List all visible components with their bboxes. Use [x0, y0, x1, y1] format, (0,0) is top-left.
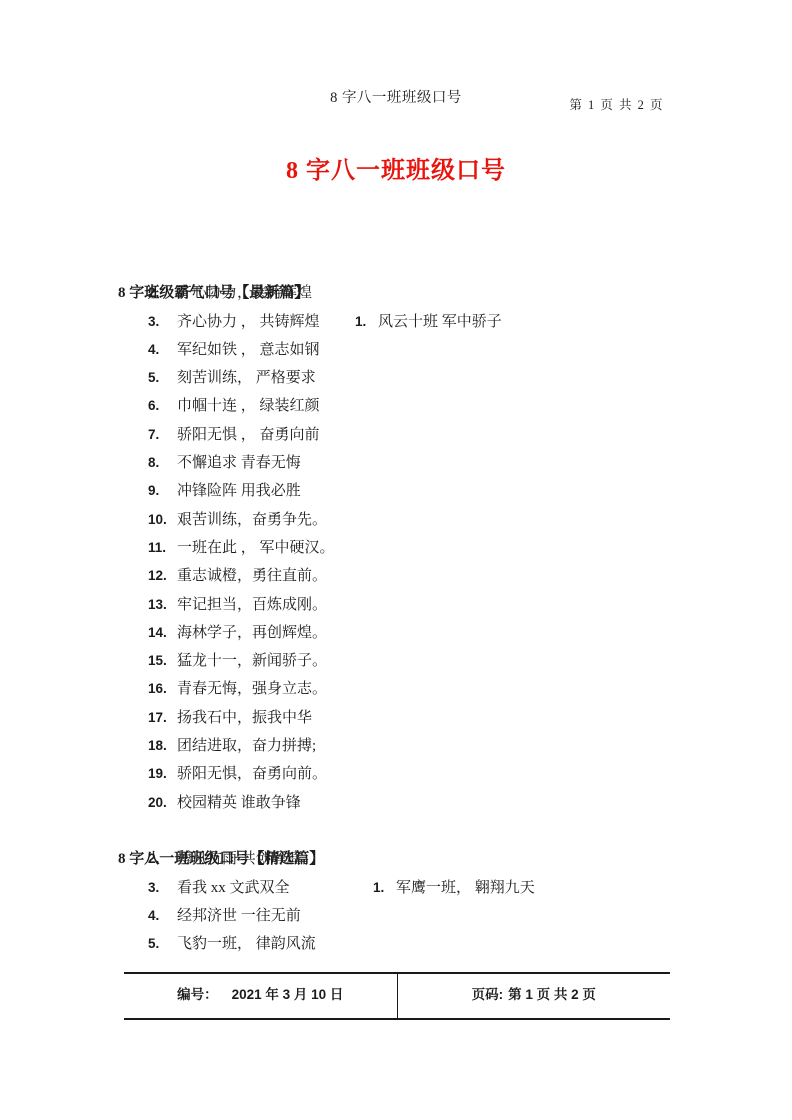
list-item: 15.猛龙十一，新闻骄子。	[0, 647, 792, 675]
item-number: 12.	[148, 562, 177, 590]
item-number: 4.	[148, 902, 177, 930]
item-number: 15.	[148, 647, 177, 675]
list-item: 4.军纪如铁 ， 意志如钢	[0, 336, 792, 364]
item-text: 青春无悔，强身立志。	[177, 681, 327, 697]
item-text: 一班在此 ， 军中硬汉。	[177, 540, 335, 556]
item-text: 扬我石中，振我中华	[177, 710, 312, 726]
item-text: 看我 xx 文武双全	[177, 880, 290, 896]
footer-number-cell: 编号：2021 年 3 月 10 日	[124, 974, 398, 1018]
item-text: 经邦济世 一往无前	[177, 908, 301, 924]
footer-number-label: 编号：	[177, 987, 218, 1002]
item-text: 冲锋险阵 用我必胜	[177, 483, 301, 499]
footer-date-value: 2021 年 3 月 10 日	[232, 987, 344, 1002]
item-number: 6.	[148, 392, 177, 420]
item-number: 3.	[148, 308, 177, 336]
list-item: 8.不懈追求 青春无悔	[0, 449, 792, 477]
item-number: 14.	[148, 619, 177, 647]
list-item: 3.齐心协力 ， 共铸辉煌	[0, 308, 792, 336]
list-item: 12.重志诚橙，勇往直前。	[0, 562, 792, 590]
item-text: 巾帼十连 ， 绿装红颜	[177, 398, 320, 414]
list-item: 3.看我 xx 文武双全	[0, 874, 792, 902]
item-number: 17.	[148, 704, 177, 732]
document-title: 8 字八一班班级口号	[0, 150, 792, 185]
item-number: 20.	[148, 789, 177, 817]
list-item: 5.飞豹一班， 律韵风流	[0, 930, 792, 958]
item-text: 齐心协力 ， 共铸辉煌	[177, 314, 320, 330]
item-text: 骄阳无惧 ， 奋勇向前	[177, 427, 320, 443]
item-text: 猛龙十一，新闻骄子。	[177, 653, 327, 669]
list-item: 16.青春无悔，强身立志。	[0, 675, 792, 703]
list-item: 9.冲锋险阵 用我必胜	[0, 477, 792, 505]
item-number: 5.	[148, 930, 177, 958]
item-number: 2.	[148, 279, 177, 307]
list-item: 2.搏风抗雨 共创辉煌	[0, 845, 792, 873]
list-item: 10.艰苦训练，奋勇争先。	[0, 506, 792, 534]
item-number: 7.	[148, 421, 177, 449]
list-item: 19.骄阳无惧，奋勇向前。	[0, 760, 792, 788]
list-item: 13.牢记担当，百炼成刚。	[0, 591, 792, 619]
item-number: 8.	[148, 449, 177, 477]
item-text: 艰苦训练，奋勇争先。	[177, 512, 327, 528]
list-item: 2.齐心协力，共铸辉煌	[0, 279, 792, 307]
item-number: 13.	[148, 591, 177, 619]
item-number: 11.	[148, 534, 177, 562]
footer-page-value: 第 1 页 共 2 页	[508, 987, 596, 1002]
section-heading-row: 8 字八一班班级口号【精选篇】 1.军鹰一班， 翱翔九天	[0, 817, 792, 845]
list-item: 14.海林学子，再创辉煌。	[0, 619, 792, 647]
item-text: 飞豹一班， 律韵风流	[177, 936, 316, 952]
item-number: 10.	[148, 506, 177, 534]
list-item: 11.一班在此 ， 军中硬汉。	[0, 534, 792, 562]
item-number: 3.	[148, 874, 177, 902]
section-heading-row: 8 字班级霸气口号【最新篇】 1.风云十班 军中骄子	[0, 251, 792, 279]
item-number: 18.	[148, 732, 177, 760]
list-item: 6.巾帼十连 ， 绿装红颜	[0, 392, 792, 420]
header-doc-title: 8 字八一班班级口号	[0, 86, 792, 107]
item-number: 19.	[148, 760, 177, 788]
item-text: 重志诚橙，勇往直前。	[177, 568, 327, 584]
list-item: 20.校园精英 谁敢争锋	[0, 789, 792, 817]
item-number: 2.	[148, 845, 177, 873]
list-item: 18.团结进取，奋力拼搏;	[0, 732, 792, 760]
item-number: 5.	[148, 364, 177, 392]
item-number: 9.	[148, 477, 177, 505]
footer: 编号：2021 年 3 月 10 日 页码:第 1 页 共 2 页	[124, 972, 670, 1020]
item-text: 牢记担当，百炼成刚。	[177, 597, 327, 613]
item-text: 团结进取，奋力拼搏;	[177, 738, 316, 754]
list-item: 17.扬我石中，振我中华	[0, 704, 792, 732]
item-text: 齐心协力，共铸辉煌	[177, 285, 312, 301]
footer-page-cell: 页码:第 1 页 共 2 页	[398, 974, 671, 1018]
item-number: 4.	[148, 336, 177, 364]
document-page: 8 字八一班班级口号 第 1 页 共 2 页 8 字八一班班级口号 8 字班级霸…	[0, 0, 792, 1120]
header-page-info: 第 1 页 共 2 页	[569, 95, 664, 113]
item-text: 军纪如铁 ， 意志如钢	[177, 342, 320, 358]
item-text: 校园精英 谁敢争锋	[177, 795, 301, 811]
item-number: 16.	[148, 675, 177, 703]
item-text: 搏风抗雨 共创辉煌	[177, 851, 301, 867]
item-text: 不懈追求 青春无悔	[177, 455, 301, 471]
footer-page-label: 页码:	[472, 987, 504, 1002]
item-text: 刻苦训练， 严格要求	[177, 370, 316, 386]
list-item: 7.骄阳无惧 ， 奋勇向前	[0, 421, 792, 449]
slogan-list: 8 字班级霸气口号【最新篇】 1.风云十班 军中骄子 2.齐心协力，共铸辉煌 3…	[0, 251, 792, 958]
list-item: 4.经邦济世 一往无前	[0, 902, 792, 930]
list-item: 5.刻苦训练， 严格要求	[0, 364, 792, 392]
item-text: 骄阳无惧，奋勇向前。	[177, 766, 327, 782]
item-text: 海林学子，再创辉煌。	[177, 625, 327, 641]
